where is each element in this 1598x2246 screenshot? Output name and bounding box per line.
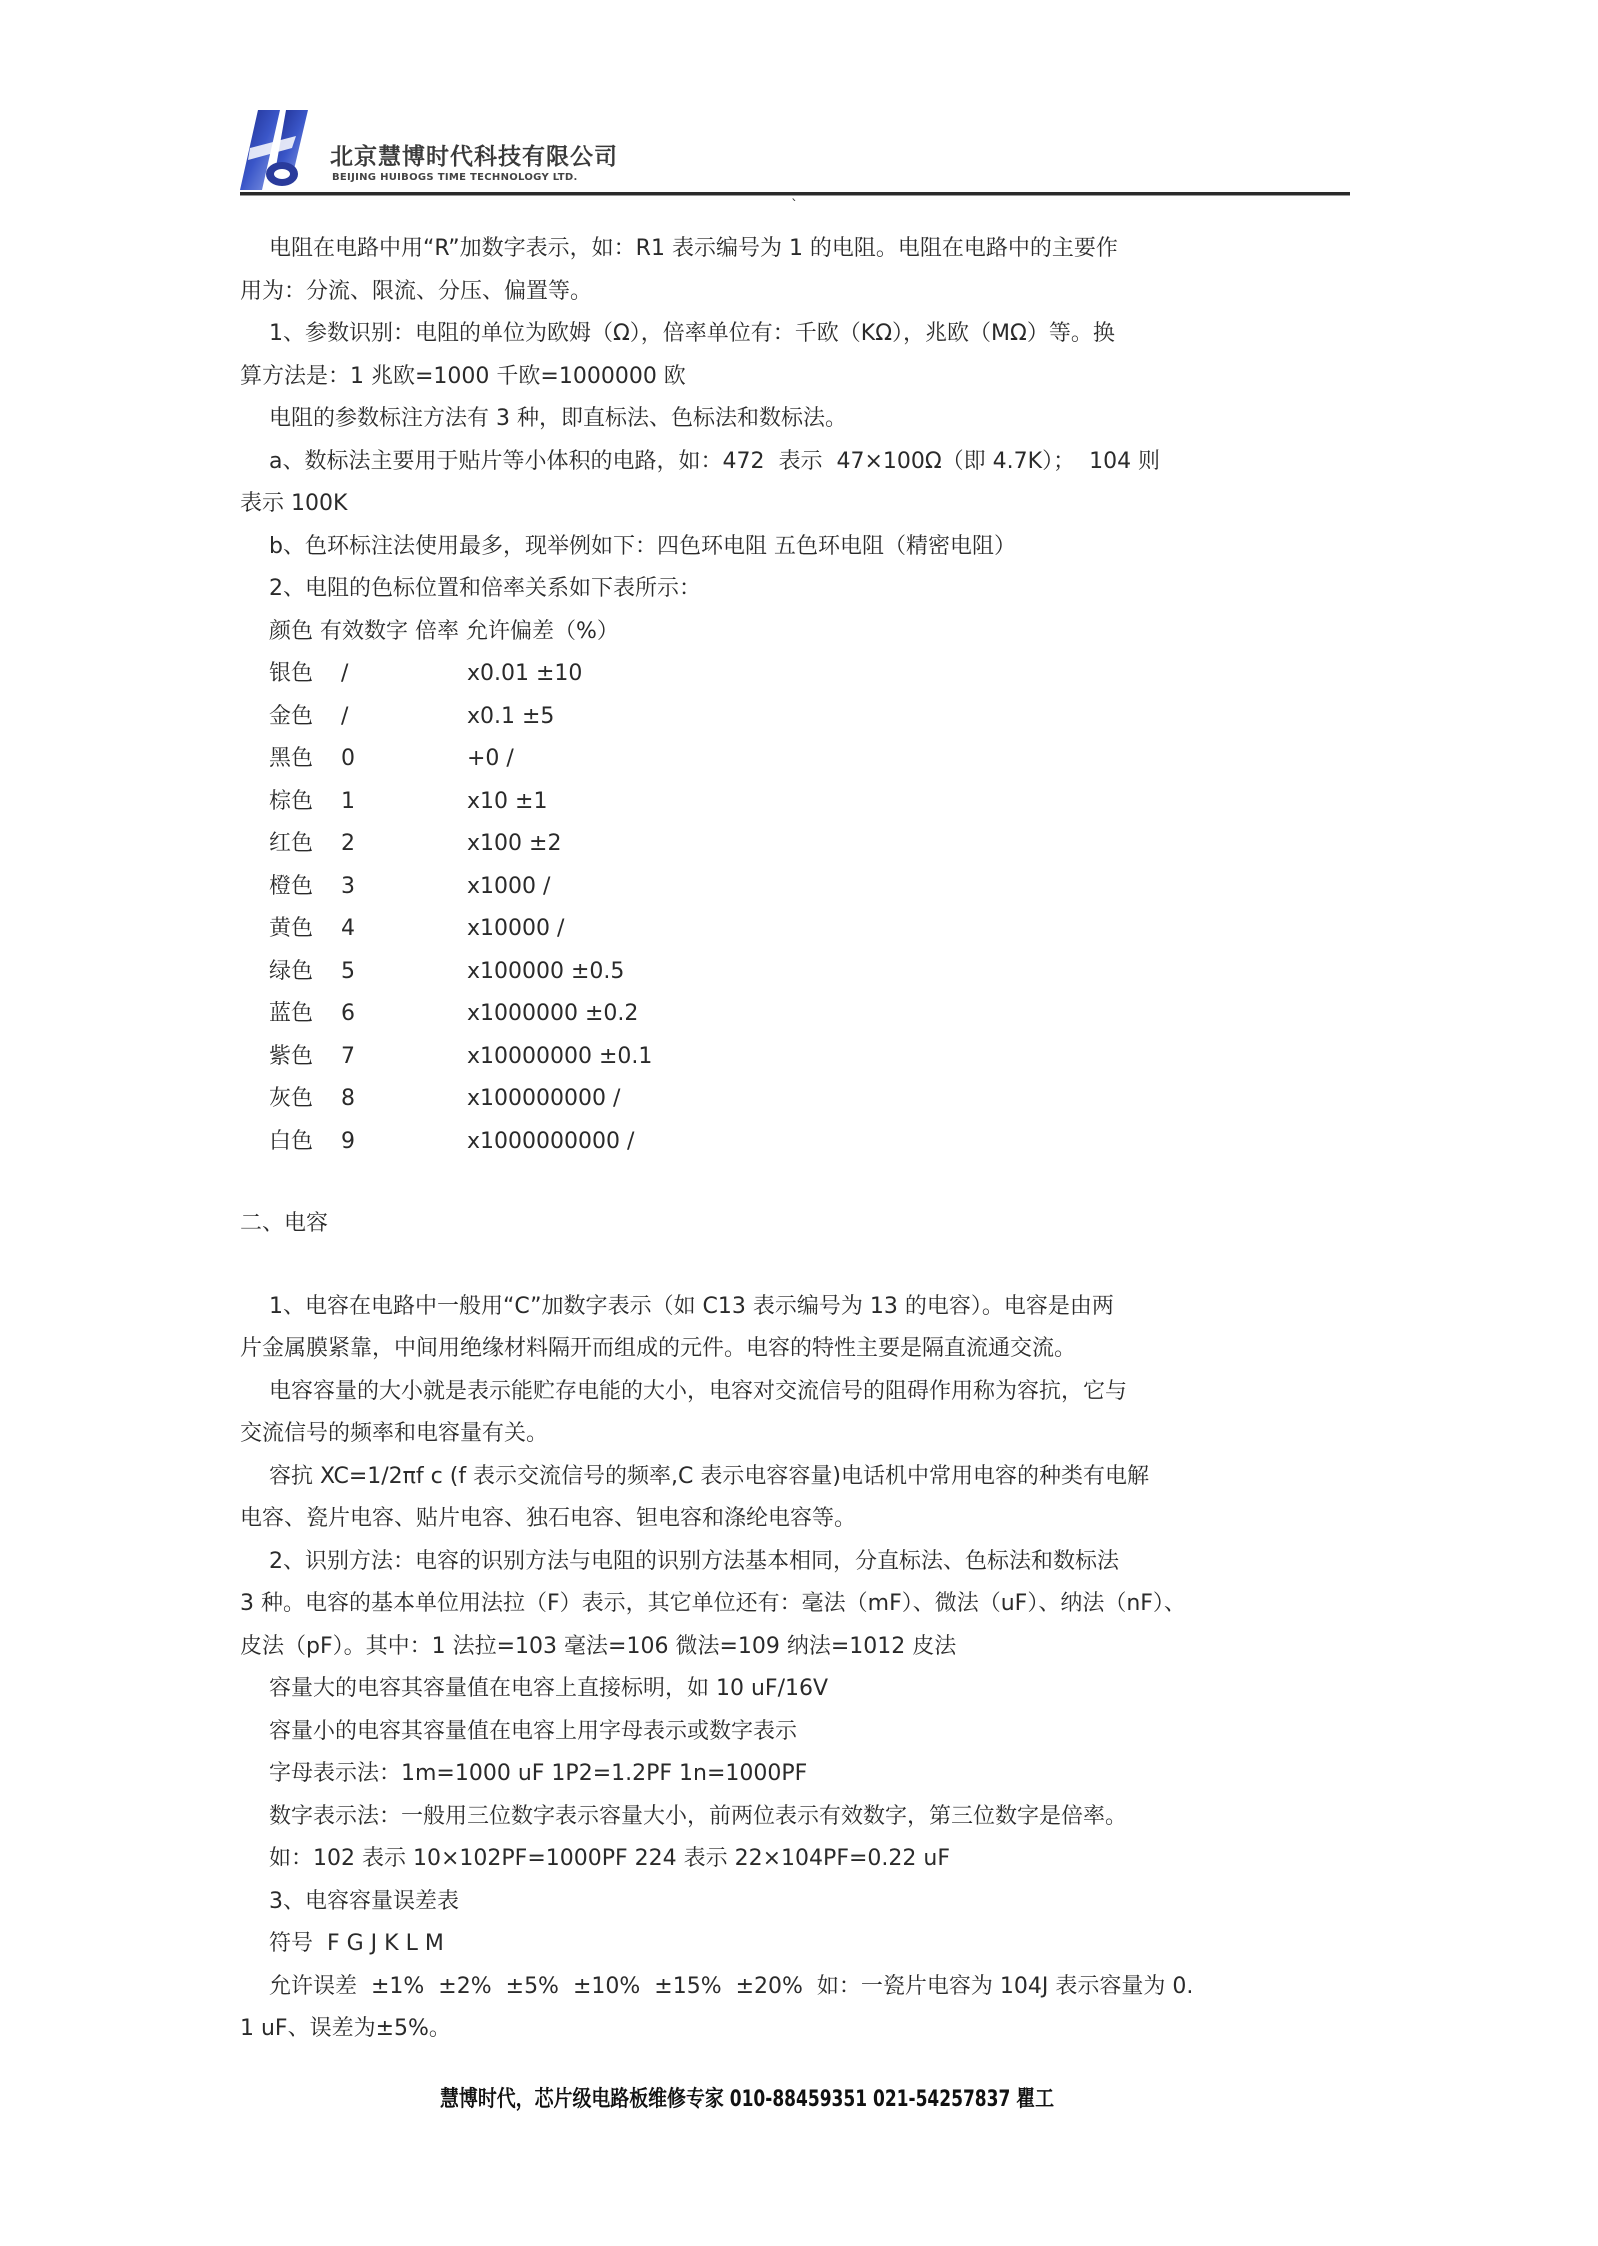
row-digit: 2 — [341, 823, 355, 866]
row-digit: 9 — [341, 1121, 355, 1164]
row-rate: x1000000 ±0.2 — [467, 993, 638, 1036]
cap-p4-line2: 3 种。电容的基本单位用法拉（F）表示，其它单位还有：毫法（mF）、微法（uF）… — [240, 1583, 1360, 1626]
row-color: 黄色 — [269, 908, 313, 951]
color-table-header: 颜色 有效数字 倍率 允许偏差（%） — [240, 611, 1360, 654]
resistor-a-line1: a、数标法主要用于贴片等小体积的电路，如：472 表示 47×100Ω（即 4.… — [240, 441, 1360, 484]
cap-p12-line1: 允许误差 ±1% ±2% ±5% ±10% ±15% ±20% 如：一瓷片电容为… — [240, 1966, 1360, 2009]
row-rate: x1000 / — [467, 866, 550, 909]
table-row: 红色2x100 ±2 — [240, 823, 1360, 866]
table-row: 金色/x0.1 ±5 — [240, 696, 1360, 739]
row-digit: 0 — [341, 738, 355, 781]
cap-p2-line1: 电容容量的大小就是表示能贮存电能的大小，电容对交流信号的阻碍作用称为容抗，它与 — [240, 1371, 1360, 1414]
header-divider — [240, 192, 1350, 196]
row-rate: x1000000000 / — [467, 1121, 634, 1164]
cap-p4-line3: 皮法（pF）。其中：1 法拉=103 毫法=106 微法=109 纳法=1012… — [240, 1626, 1360, 1669]
cap-p3-line1: 容抗 XC=1/2πf c (f 表示交流信号的频率,C 表示电容容量)电话机中… — [240, 1456, 1360, 1499]
table-row: 黄色4x10000 / — [240, 908, 1360, 951]
row-color: 金色 — [269, 696, 313, 739]
row-color: 白色 — [269, 1121, 313, 1164]
row-color: 红色 — [269, 823, 313, 866]
row-color: 银色 — [269, 653, 313, 696]
table-row: 棕色1x10 ±1 — [240, 781, 1360, 824]
row-color: 橙色 — [269, 866, 313, 909]
table-row: 白色9x1000000000 / — [240, 1121, 1360, 1164]
cap-p3-line2: 电容、瓷片电容、贴片电容、独石电容、钽电容和涤纶电容等。 — [240, 1498, 1360, 1541]
table-row: 黑色0+0 / — [240, 738, 1360, 781]
page-header: 北京慧博时代科技有限公司 BEIJING HUIBOGS TIME TECHNO… — [240, 108, 1350, 198]
page-footer: 慧博时代，芯片级电路板维修专家 010-88459351 021-5425783… — [440, 2082, 1054, 2113]
cap-p1-line1: 1、电容在电路中一般用“C”加数字表示（如 C13 表示编号为 13 的电容）。… — [240, 1286, 1360, 1329]
cap-p12-line2: 1 uF、误差为±5%。 — [240, 2008, 1360, 2051]
row-rate: x10000000 ±0.1 — [467, 1036, 652, 1079]
table-row: 绿色5x100000 ±0.5 — [240, 951, 1360, 994]
resistor-param-line2: 算方法是：1 兆欧=1000 千欧=1000000 欧 — [240, 356, 1360, 399]
row-color: 紫色 — [269, 1036, 313, 1079]
cap-p8: 数字表示法：一般用三位数字表示容量大小，前两位表示有效数字，第三位数字是倍率。 — [240, 1796, 1360, 1839]
row-digit: 7 — [341, 1036, 355, 1079]
company-name-en: BEIJING HUIBOGS TIME TECHNOLOGY LTD. — [332, 172, 578, 183]
table-row: 灰色8x100000000 / — [240, 1078, 1360, 1121]
row-rate: x0.1 ±5 — [467, 696, 554, 739]
row-digit: 6 — [341, 993, 355, 1036]
cap-p5: 容量大的电容其容量值在电容上直接标明，如 10 uF/16V — [240, 1668, 1360, 1711]
capacitor-section-title: 二、电容 — [240, 1203, 1360, 1246]
table-row: 紫色7x10000000 ±0.1 — [240, 1036, 1360, 1079]
resistor-param-line1: 1、参数识别：电阻的单位为欧姆（Ω），倍率单位有：千欧（KΩ），兆欧（MΩ）等。… — [240, 313, 1360, 356]
row-digit: 3 — [341, 866, 355, 909]
row-color: 蓝色 — [269, 993, 313, 1036]
cap-p2-line2: 交流信号的频率和电容量有关。 — [240, 1413, 1360, 1456]
row-digit: 5 — [341, 951, 355, 994]
row-rate: x0.01 ±10 — [467, 653, 582, 696]
cap-p1-line2: 片金属膜紧靠，中间用绝缘材料隔开而组成的元件。电容的特性主要是隔直流通交流。 — [240, 1328, 1360, 1371]
cap-p9: 如：102 表示 10×102PF=1000PF 224 表示 22×104PF… — [240, 1838, 1360, 1881]
color-table-title: 2、电阻的色标位置和倍率关系如下表所示： — [240, 568, 1360, 611]
resistor-methods: 电阻的参数标注方法有 3 种，即直标法、色标法和数标法。 — [240, 398, 1360, 441]
resistor-intro-line1: 电阻在电路中用“R”加数字表示，如：R1 表示编号为 1 的电阻。电阻在电路中的… — [240, 228, 1360, 271]
cap-p7: 字母表示法：1m=1000 uF 1P2=1.2PF 1n=1000PF — [240, 1753, 1360, 1796]
row-digit: 1 — [341, 781, 355, 824]
row-rate: x10000 / — [467, 908, 564, 951]
resistor-b: b、色环标注法使用最多，现举例如下：四色环电阻 五色环电阻（精密电阻） — [240, 526, 1360, 569]
row-color: 黑色 — [269, 738, 313, 781]
table-row: 橙色3x1000 / — [240, 866, 1360, 909]
document-body: 电阻在电路中用“R”加数字表示，如：R1 表示编号为 1 的电阻。电阻在电路中的… — [240, 228, 1360, 2051]
row-rate: x100000 ±0.5 — [467, 951, 624, 994]
row-color: 灰色 — [269, 1078, 313, 1121]
cap-p4-line1: 2、识别方法：电容的识别方法与电阻的识别方法基本相同，分直标法、色标法和数标法 — [240, 1541, 1360, 1584]
row-rate: x100000000 / — [467, 1078, 620, 1121]
row-digit: 4 — [341, 908, 355, 951]
row-digit: 8 — [341, 1078, 355, 1121]
resistor-a-line2: 表示 100K — [240, 483, 1360, 526]
row-rate: x100 ±2 — [467, 823, 561, 866]
stray-mark: ` — [791, 198, 798, 214]
row-digit: / — [341, 696, 348, 739]
table-row: 蓝色6x1000000 ±0.2 — [240, 993, 1360, 1036]
cap-p6: 容量小的电容其容量值在电容上用字母表示或数字表示 — [240, 1711, 1360, 1754]
company-name-cn: 北京慧博时代科技有限公司 — [330, 138, 618, 171]
row-digit: / — [341, 653, 348, 696]
row-color: 棕色 — [269, 781, 313, 824]
row-color: 绿色 — [269, 951, 313, 994]
row-rate: x10 ±1 — [467, 781, 547, 824]
row-rate: +0 / — [467, 738, 514, 781]
table-row: 银色/x0.01 ±10 — [240, 653, 1360, 696]
cap-p11: 符号 F G J K L M — [240, 1923, 1360, 1966]
resistor-intro-line2: 用为：分流、限流、分压、偏置等。 — [240, 271, 1360, 314]
hb-logo-icon — [240, 108, 310, 192]
cap-p10: 3、电容容量误差表 — [240, 1881, 1360, 1924]
color-table: 银色/x0.01 ±10 金色/x0.1 ±5 黑色0+0 / 棕色1x10 ±… — [240, 653, 1360, 1163]
